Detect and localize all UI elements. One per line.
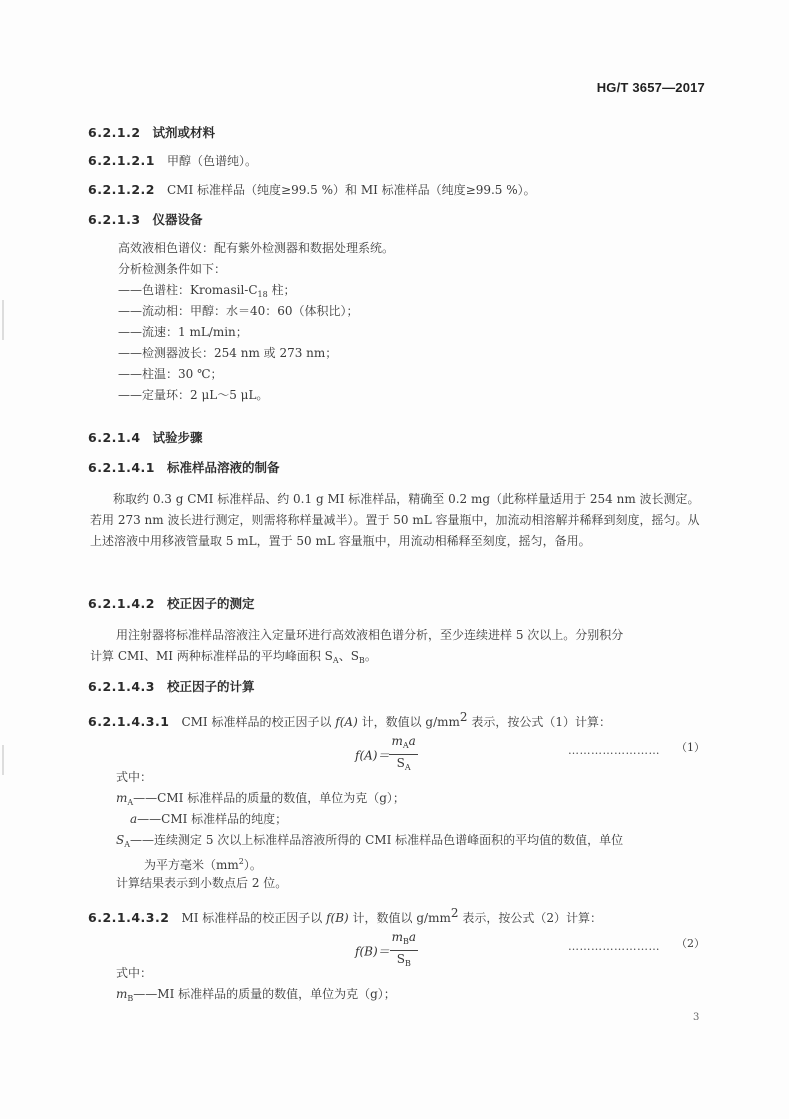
clause-number: 6.2.1.4.3.1	[88, 714, 169, 729]
instrument-description: 高效液相色谱仪：配有紫外检测器和数据处理系统。	[118, 238, 394, 259]
section-title: 仪器设备	[153, 212, 203, 227]
clause-6-2-1-2-1: 6.2.1.2.1甲醇（色谱纯）。	[88, 152, 257, 169]
condition-column-temp: ——柱温：30 ℃；	[118, 364, 223, 385]
superscript: 2	[451, 906, 459, 920]
section-number: 6.2.1.3	[88, 212, 141, 227]
clause-6-2-1-2-2: 6.2.1.2.2CMI 标准样品（纯度≥99.5 %）和 MI 标准样品（纯度…	[88, 181, 536, 198]
section-title: 校正因子的计算	[167, 679, 255, 694]
definition-SA-continued: 为平方毫米（mm2）。	[144, 852, 262, 876]
denominator: SB	[390, 951, 418, 972]
section-number: 6.2.1.2	[88, 125, 141, 140]
text: 、S	[339, 649, 359, 663]
definition-mB: mB——MI 标准样品的质量的数值，单位为克（g）；	[116, 984, 396, 1010]
condition-text: ——色谱柱：Kromasil-C	[118, 283, 258, 297]
clause-text: CMI 标准样品的校正因子以	[181, 715, 335, 729]
section-number: 6.2.1.4.1	[88, 460, 155, 475]
formula-lhs: f(B)＝	[355, 945, 390, 959]
section-number: 6.2.1.4	[88, 430, 141, 445]
subscript: 18	[258, 290, 268, 299]
clause-text: CMI 标准样品（纯度≥99.5 %）和 MI 标准样品（纯度≥99.5 %）。	[167, 183, 536, 197]
scan-edge-mark	[2, 745, 4, 775]
clause-text: 计，数值以 g/mm	[349, 911, 451, 925]
scan-edge-mark	[2, 300, 4, 340]
condition-flow-rate: ——流速：1 mL/min；	[118, 322, 248, 343]
section-title: 标准样品溶液的制备	[167, 460, 280, 475]
symbol: m	[116, 987, 127, 1001]
section-title: 试剂或材料	[153, 125, 216, 140]
section-6-2-1-3-heading: 6.2.1.3仪器设备	[88, 210, 203, 228]
clause-text: MI 标准样品的校正因子以	[181, 911, 326, 925]
fraction: mAaSA	[389, 734, 417, 776]
formula-1-number: （1）	[676, 738, 705, 759]
definition-a: a——CMI 标准样品的纯度；	[130, 809, 287, 830]
text: 计算 CMI、MI 两种标准样品的平均峰面积 S	[90, 649, 333, 663]
clause-6-2-1-4-3-1: 6.2.1.4.3.1CMI 标准样品的校正因子以 f(A) 计，数值以 g/m…	[88, 710, 611, 730]
section-6-2-1-4-1-heading: 6.2.1.4.1标准样品溶液的制备	[88, 458, 280, 476]
section-title: 校正因子的测定	[167, 596, 255, 611]
rounding-note: 计算结果表示到小数点后 2 位。	[116, 873, 287, 894]
text: ）。	[244, 858, 262, 872]
definition-text: ——CMI 标准样品的纯度；	[137, 812, 287, 826]
superscript: 2	[460, 710, 468, 724]
section-6-2-1-4-heading: 6.2.1.4试验步骤	[88, 428, 203, 446]
clause-number: 6.2.1.2.1	[88, 153, 155, 168]
symbol: m	[116, 791, 127, 805]
definition-text: ——连续测定 5 次以上标准样品溶液所得的 CMI 标准样品色谱峰面积的平均值的…	[130, 833, 623, 847]
clause-number: 6.2.1.4.3.2	[88, 910, 169, 925]
condition-loop: ——定量环：2 μL～5 μL。	[118, 385, 268, 406]
standard-solution-paragraph: 称取约 0.3 g CMI 标准样品、约 0.1 g MI 标准样品，精确至 0…	[90, 489, 708, 551]
definition-text: ——MI 标准样品的质量的数值，单位为克（g）；	[133, 987, 396, 1001]
formula-2-leader-dots: ……………………	[568, 940, 660, 953]
section-6-2-1-2-heading: 6.2.1.2试剂或材料	[88, 123, 215, 141]
clause-6-2-1-4-3-2: 6.2.1.4.3.2MI 标准样品的校正因子以 f(B) 计，数值以 g/mm…	[88, 906, 602, 926]
numerator: mBa	[390, 930, 418, 951]
section-number: 6.2.1.4.2	[88, 596, 155, 611]
condition-wavelength: ——检测器波长：254 nm 或 273 nm；	[118, 343, 337, 364]
fraction: mBaSB	[390, 930, 418, 972]
where-label: 式中：	[116, 767, 152, 788]
text: 。	[365, 649, 377, 663]
definition-text: ——CMI 标准样品的质量的数值，单位为克（g）；	[133, 791, 405, 805]
where-label-2: 式中：	[116, 963, 152, 984]
calibration-paragraph-line2: 计算 CMI、MI 两种标准样品的平均峰面积 SA、SB。	[90, 646, 377, 672]
function-var: f(B)	[326, 911, 349, 925]
formula-2-number: （2）	[676, 934, 705, 955]
function-var: f(A)	[335, 715, 357, 729]
formula-1: f(A)＝mAaSA	[355, 734, 418, 776]
condition-mobile-phase: ——流动相：甲醇：水＝40：60（体积比）；	[118, 301, 359, 322]
clause-text: 甲醇（色谱纯）。	[167, 154, 257, 168]
conditions-intro: 分析检测条件如下：	[118, 259, 226, 280]
denominator: SA	[389, 755, 417, 776]
section-6-2-1-4-3-heading: 6.2.1.4.3校正因子的计算	[88, 677, 255, 695]
formula-2: f(B)＝mBaSB	[355, 930, 418, 972]
clause-text: 表示，按公式（1）计算：	[468, 715, 611, 729]
section-number: 6.2.1.4.3	[88, 679, 155, 694]
formula-1-leader-dots: ……………………	[568, 744, 660, 757]
numerator: mAa	[389, 734, 417, 755]
page-number: 3	[693, 1012, 699, 1023]
standard-code-header: HG/T 3657—2017	[597, 80, 705, 95]
section-title: 试验步骤	[153, 430, 203, 445]
section-6-2-1-4-2-heading: 6.2.1.4.2校正因子的测定	[88, 594, 255, 612]
clause-text: 计，数值以 g/mm	[358, 715, 460, 729]
symbol: S	[116, 833, 124, 847]
formula-lhs: f(A)＝	[355, 749, 389, 763]
clause-text: 表示，按公式（2）计算：	[459, 911, 602, 925]
text: 为平方毫米（mm	[144, 858, 239, 872]
condition-text-suffix: 柱；	[268, 283, 296, 297]
calibration-paragraph-line1: 用注射器将标准样品溶液注入定量环进行高效液相色谱分析，至少连续进样 5 次以上。…	[116, 625, 623, 646]
clause-number: 6.2.1.2.2	[88, 182, 155, 197]
